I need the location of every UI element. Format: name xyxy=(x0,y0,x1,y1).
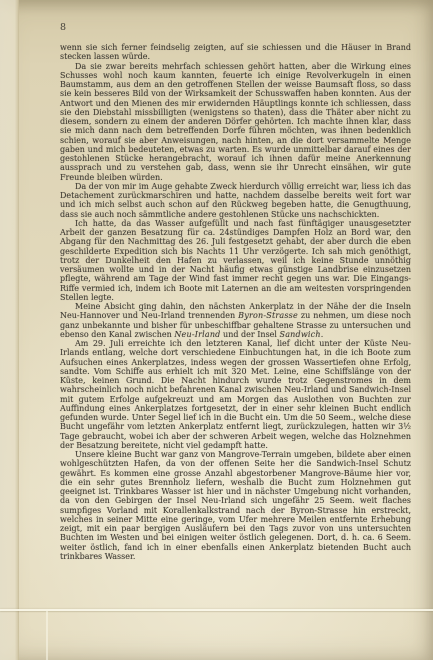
paragraph: Da der von mir im Auge gehabte Zweck hie… xyxy=(60,182,411,219)
paragraph: Da sie zwar bereits mehrfach schiessen g… xyxy=(60,62,411,182)
text-run: Am 29. Juli erreichte ich den letzteren … xyxy=(60,339,411,450)
paragraph: Unsere kleine Bucht war ganz von Mangrov… xyxy=(60,450,411,561)
text-run: und der Insel xyxy=(221,330,280,339)
italic-text-run: Neu-Irland xyxy=(174,330,220,339)
text-run: wenn sie sich ferner feindselig zeigten,… xyxy=(60,43,411,61)
page-number: 8 xyxy=(60,22,67,33)
text-run: Ich hatte, da das Wasser aufgefüllt und … xyxy=(60,219,411,302)
crease-line xyxy=(0,609,433,611)
paragraph: Meine Absicht ging dahin, den nächsten A… xyxy=(60,302,411,339)
text-run: . xyxy=(321,330,324,339)
text-run: Unsere kleine Bucht war ganz von Mangrov… xyxy=(60,450,411,561)
italic-text-run: Byron-Strasse xyxy=(238,311,298,320)
scanned-book-page: 8 wenn sie sich ferner feindselig zeigte… xyxy=(0,0,433,660)
paragraph: Am 29. Juli erreichte ich den letzteren … xyxy=(60,339,411,450)
text-run: Da der von mir im Auge gehabte Zweck hie… xyxy=(60,182,411,219)
paragraph: Ich hatte, da das Wasser aufgefüllt und … xyxy=(60,219,411,302)
paragraph: wenn sie sich ferner feindselig zeigten,… xyxy=(60,43,411,62)
crease-vertical-line xyxy=(46,611,48,660)
italic-text-run: Sandwich xyxy=(280,330,321,339)
text-run: Da sie zwar bereits mehrfach schiessen g… xyxy=(60,62,411,182)
text-block: wenn sie sich ferner feindselig zeigten,… xyxy=(60,43,411,561)
page-edge-strip xyxy=(0,0,19,660)
